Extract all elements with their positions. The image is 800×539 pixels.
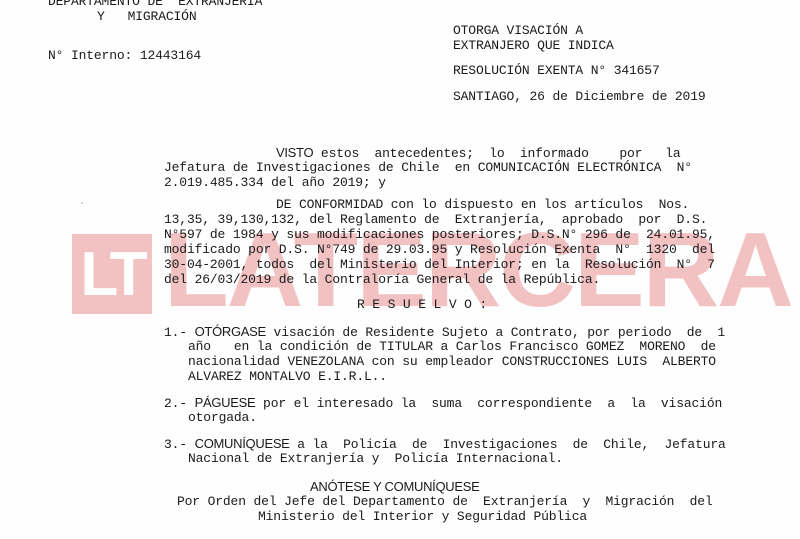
item-1-line-2: año en la condición de TITULAR a Carlos … [188, 339, 716, 354]
resuelvo-heading: R E S U E L V O : [357, 297, 487, 312]
item-1-line-4: ALVAREZ MONTALVO E.I.R.L.. [188, 369, 387, 384]
visto-line-1: VISTO estos antecedentes; lo informado p… [276, 145, 681, 161]
lt-logo-text: LT [72, 234, 152, 314]
conformidad-line-6: del 26/03/2019 de la Contraloría General… [164, 272, 600, 287]
visto-line-1-rest: estos antecedentes; lo informado por la [313, 146, 680, 161]
closing-formula: ANÓTESE Y COMUNÍQUESE [310, 479, 479, 494]
signature-order-line-1: Por Orden del Jefe del Departamento de E… [177, 494, 713, 509]
visto-keyword: VISTO [276, 145, 313, 160]
resolution-value: 341657 [614, 63, 660, 78]
item-1-number: 1.- [164, 325, 187, 340]
resolution-item-1: 1.- OTÓRGASE visación de Residente Sujet… [164, 324, 725, 340]
internal-number-value: 12443164 [140, 48, 201, 63]
conformidad-line-1: DE CONFORMIDAD con lo dispuesto en los a… [276, 197, 689, 212]
department-line-2: Y MIGRACIÓN [97, 9, 196, 24]
conformidad-line-3: N°597 de 1984 y sus modificaciones poste… [164, 227, 715, 242]
conformidad-line-2: 13,35, 39,130,132, del Reglamento de Ext… [164, 212, 707, 227]
resolution-item-2: 2.- PÁGUESE por el interesado la suma co… [164, 395, 722, 411]
item-3-number: 3.- [164, 437, 187, 452]
item-2-keyword: PÁGUESE [195, 395, 256, 410]
item-2-number: 2.- [164, 396, 187, 411]
conformidad-line-5: 30-04-2001, todos del Ministerio del Int… [164, 257, 715, 272]
visto-line-3: 2.019.485.334 del año 2019; y [164, 175, 386, 190]
item-1-keyword: OTÓRGASE [195, 324, 266, 339]
place-date: SANTIAGO, 26 de Diciembre de 2019 [453, 89, 706, 104]
scan-speck [81, 202, 83, 204]
resolution-number: RESOLUCIÓN EXENTA N° 341657 [453, 63, 660, 78]
subject-line-1: OTORGA VISACIÓN A [453, 23, 583, 38]
item-3-line-2: Nacional de Extranjería y Policía Intern… [188, 451, 563, 466]
item-2-line-1-rest: por el interesado la suma correspondient… [255, 396, 722, 411]
document-page: LT LATERCERA DEPARTAMENTO DE EXTRANJERIA… [0, 0, 800, 539]
visto-line-2: Jefatura de Investigaciones de Chile en … [164, 160, 692, 175]
internal-number: N° Interno: 12443164 [48, 48, 201, 63]
subject-line-2: EXTRANJERO QUE INDICA [453, 38, 614, 53]
resolution-item-3: 3.- COMUNÍQUESE a la Policía de Investig… [164, 436, 726, 452]
internal-number-label: N° Interno: [48, 48, 132, 63]
item-3-line-1-rest: a la Policía de Investigaciones de Chile… [290, 437, 726, 452]
department-line-1: DEPARTAMENTO DE EXTRANJERIA [48, 0, 262, 9]
item-1-line-3: nacionalidad VENEZOLANA con su empleador… [188, 354, 716, 369]
signature-order-line-2: Ministerio del Interior y Seguridad Públ… [258, 509, 587, 524]
lt-logo-box: LT [72, 234, 152, 314]
conformidad-line-4: modificado por D.S. N°749 de 29.03.95 y … [164, 242, 715, 257]
item-1-line-1-rest: visación de Residente Sujeto a Contrato,… [266, 325, 725, 340]
item-3-keyword: COMUNÍQUESE [195, 436, 290, 451]
resolution-label: RESOLUCIÓN EXENTA N° [453, 63, 606, 78]
item-2-line-2: otorgada. [188, 410, 257, 425]
